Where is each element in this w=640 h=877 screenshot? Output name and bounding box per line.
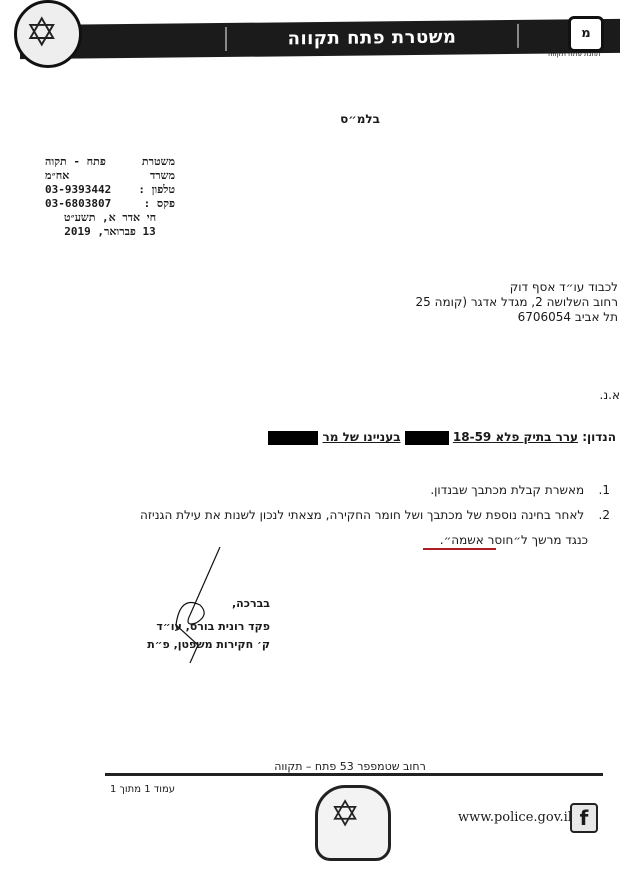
sender-phone: טלפון : 03-9393442	[45, 183, 175, 197]
signer-title: ק׳ חקירות משפטן, פ״ת	[120, 638, 270, 652]
letterhead-banner: משטרת פתח תקווה	[20, 19, 620, 59]
list-item: 2. לאחר בחינה נוספת של מכתבך ושל חומר הח…	[90, 503, 610, 553]
signer-name: פקד רונית בורס, עו״ד	[120, 615, 270, 638]
item-number: 1.	[588, 478, 610, 503]
footer-address: רחוב שטמפפר 53 פתח – תקווה	[100, 760, 600, 773]
fax-value: 03-6803807	[45, 197, 111, 211]
closing-block: בברכה, פקד רונית בורס, עו״ד ק׳ חקירות מש…	[120, 592, 270, 652]
office-label: משרד	[150, 169, 175, 183]
phone-label: טלפון :	[138, 183, 175, 197]
letterhead-title-frame: משטרת פתח תקווה	[225, 24, 519, 51]
sender-office: משרד אח״מ	[45, 169, 175, 183]
facebook-icon[interactable]: f	[570, 803, 598, 833]
hebrew-date: חי אדר א, תשע״ט	[45, 211, 175, 225]
sender-fax: פקס : 03-6803807	[45, 197, 175, 211]
redaction-box	[405, 431, 449, 445]
station-emblem-icon: מ תחנת פתח תקווה	[540, 4, 630, 60]
page-number: עמוד 1 מתוך 1	[110, 784, 175, 795]
recipient-street: רחוב השלושה 2, מגדל אדגר (קומה 25	[380, 295, 618, 310]
station-emblem-caption: תחנת פתח תקווה	[548, 50, 601, 58]
recipient-name: לכבוד עו״ד אסף דוק	[380, 280, 618, 295]
classification-label: בלמ״ס	[290, 112, 380, 126]
recipient-block: לכבוד עו״ד אסף דוק רחוב השלושה 2, מגדל א…	[380, 280, 618, 325]
item-text: לאחר בחינה נוספת של מכתבך ושל חומר החקיר…	[140, 508, 584, 522]
sender-org-line1: משטרת	[142, 155, 175, 169]
website-link[interactable]: www.police.gov.il	[458, 810, 572, 825]
gregorian-date: 13 פברואר, 2019	[45, 225, 175, 239]
list-item: 1. מאשרת קבלת מכתבך שבנדון.	[90, 478, 610, 503]
closing-greeting: בברכה,	[120, 592, 270, 615]
israel-police-emblem-icon: ✡	[14, 0, 82, 68]
police-crest-icon: ✡	[315, 785, 391, 861]
subject-text-part1: ערר בתיק פלא 18-59	[453, 430, 578, 444]
redaction-box	[268, 431, 318, 445]
salutation: א.נ.	[560, 388, 620, 402]
subject-text-part2: בעניינו של מר	[323, 430, 401, 444]
recipient-city: תל אביב 6706054	[380, 310, 618, 325]
footer-divider	[105, 773, 603, 776]
office-value: אח״מ	[45, 169, 69, 183]
letterhead-title: משטרת פתח תקווה	[227, 26, 517, 50]
body-items: 1. מאשרת קבלת מכתבך שבנדון. 2. לאחר בחינ…	[90, 478, 610, 553]
item-text: מאשרת קבלת מכתבך שבנדון.	[430, 483, 584, 497]
sender-org: משטרת פתח - תקוה	[45, 155, 175, 169]
item-text-continuation: כנגד מרשך ל״חוסר אשמה״.	[90, 528, 610, 553]
subject-line: הנדון: ערר בתיק פלא 18-59 בעניינו של מר	[190, 430, 616, 445]
red-underline-annotation	[423, 548, 496, 550]
sender-org-line2: פתח - תקוה	[45, 155, 106, 169]
station-emblem-hex: מ	[568, 16, 604, 52]
phone-value: 03-9393442	[45, 183, 111, 197]
subject-label: הנדון:	[582, 430, 616, 444]
sender-block: משטרת פתח - תקוה משרד אח״מ טלפון : 03-93…	[45, 155, 175, 239]
item-number: 2.	[588, 503, 610, 528]
fax-label: פקס :	[144, 197, 175, 211]
